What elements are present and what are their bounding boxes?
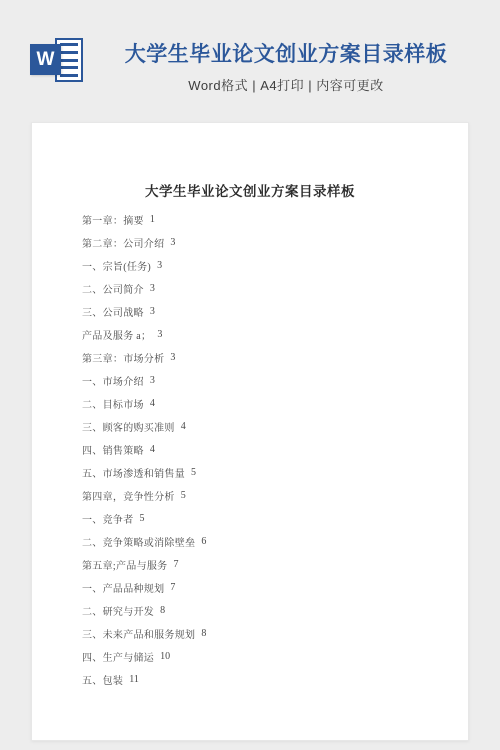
toc-item-page: 3 [150,306,155,317]
toc-item: 一、产品品种规划7 [82,576,468,599]
toc-item-label: 一、竞争者 [82,511,134,526]
toc-item-label: 四、生产与储运 [82,649,154,664]
word-file-icon: W [30,36,86,84]
page-title: 大学生毕业论文创业方案目录样板 [86,38,486,68]
toc-item-label: 二、公司简介 [82,281,144,296]
toc-item-label: 五、市场渗透和销售量 [82,465,185,480]
toc-item-label: 五、包装 [82,672,123,687]
word-icon-letter: W [30,44,61,75]
toc-item: 三、未来产品和服务规划8 [82,622,468,645]
toc-item-page: 6 [201,536,206,547]
header-text: 大学生毕业论文创业方案目录样板 Word格式 | A4打印 | 内容可更改 [86,36,486,94]
toc-item: 五、包装11 [82,668,468,691]
toc-item-page: 4 [150,444,155,455]
toc-item-page: 5 [191,467,196,478]
toc-item: 四、生产与储运10 [82,645,468,668]
toc-item: 三、公司战略3 [82,300,468,323]
toc-item-label: 第二章：公司介绍 [82,235,164,250]
toc-item-label: 一、产品品种规划 [82,580,164,595]
header: W 大学生毕业论文创业方案目录样板 Word格式 | A4打印 | 内容可更改 [30,36,486,94]
toc-item-page: 5 [140,513,145,524]
toc-item: 一、宗旨(任务)3 [82,254,468,277]
toc-item-page: 1 [150,214,155,225]
toc-item-label: 第五章;产品与服务 [82,557,167,572]
toc-item-page: 8 [201,628,206,639]
document-title: 大学生毕业论文创业方案目录样板 [32,180,468,200]
toc-item: 五、市场渗透和销售量5 [82,461,468,484]
toc-item: 四、销售策略4 [82,438,468,461]
toc-item-page: 3 [170,352,175,363]
toc-item-page: 4 [181,421,186,432]
toc-item-label: 第一章：摘要 [82,212,144,227]
toc-item: 二、公司简介3 [82,277,468,300]
page-subtitle: Word格式 | A4打印 | 内容可更改 [86,75,486,94]
toc-item-label: 第四章，竞争性分析 [82,488,175,503]
toc-item-page: 5 [181,490,186,501]
toc-item-label: 二、竞争策略或消除壁垒 [82,534,195,549]
toc-item-page: 4 [150,398,155,409]
toc-item-label: 一、宗旨(任务) [82,258,151,273]
toc-item: 二、目标市场4 [82,392,468,415]
toc-item-page: 7 [170,582,175,593]
toc-item-label: 一、市场介绍 [82,373,144,388]
toc-item: 一、市场介绍3 [82,369,468,392]
toc-item-page: 3 [170,237,175,248]
toc-item: 第二章：公司介绍3 [82,231,468,254]
toc-item-page: 3 [157,260,162,271]
toc-item: 产品及服务 a；3 [82,323,468,346]
toc-item-label: 三、未来产品和服务规划 [82,626,195,641]
toc-item-page: 3 [150,375,155,386]
toc-item-page: 7 [173,559,178,570]
toc-item: 第五章;产品与服务7 [82,553,468,576]
toc-item-label: 四、销售策略 [82,442,144,457]
toc-item: 三、顾客的购买准则4 [82,415,468,438]
toc-item-label: 三、公司战略 [82,304,144,319]
toc-list: 第一章：摘要1第二章：公司介绍3一、宗旨(任务)3二、公司简介3三、公司战略3产… [32,208,468,691]
toc-item: 二、竞争策略或消除壁垒6 [82,530,468,553]
toc-item: 第三章：市场分析3 [82,346,468,369]
toc-item-page: 11 [129,674,139,685]
toc-item-label: 三、顾客的购买准则 [82,419,175,434]
toc-item-page: 3 [150,283,155,294]
toc-item-label: 产品及服务 a； [82,327,151,342]
screen: W 大学生毕业论文创业方案目录样板 Word格式 | A4打印 | 内容可更改 … [0,0,500,750]
toc-item-page: 3 [157,329,162,340]
toc-item-label: 二、研究与开发 [82,603,154,618]
toc-item-page: 10 [160,651,170,662]
toc-item-label: 二、目标市场 [82,396,144,411]
document-page: 大学生毕业论文创业方案目录样板 第一章：摘要1第二章：公司介绍3一、宗旨(任务)… [31,122,469,741]
toc-item-label: 第三章：市场分析 [82,350,164,365]
toc-item: 二、研究与开发8 [82,599,468,622]
toc-item: 第四章，竞争性分析5 [82,484,468,507]
toc-item: 一、竞争者5 [82,507,468,530]
toc-item: 第一章：摘要1 [82,208,468,231]
toc-item-page: 8 [160,605,165,616]
